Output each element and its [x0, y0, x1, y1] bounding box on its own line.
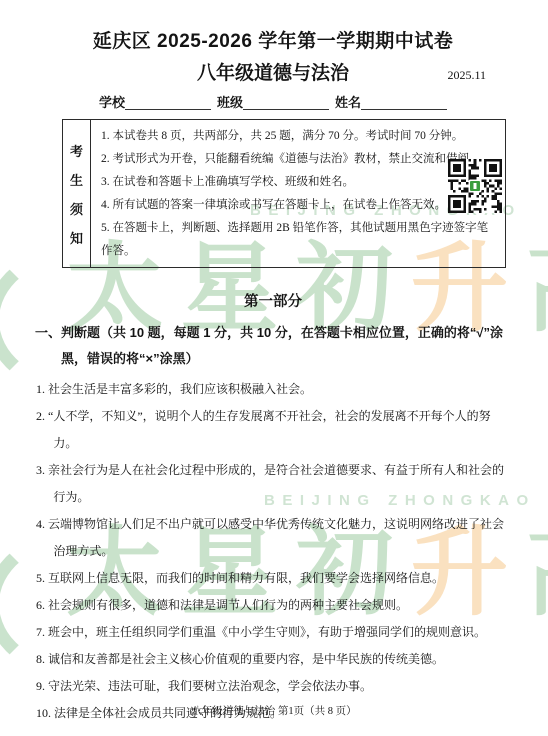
field-name: 姓名: [335, 95, 447, 110]
paper-content: 延庆区 2025-2026 学年第一学期期中试卷 八年级道德与法治 2025.1…: [0, 0, 548, 727]
question-number: 7.: [36, 625, 45, 639]
notice-side-char: 知: [70, 228, 83, 247]
question-item-5: 5.互联网上信息无限，而我们的时间和精力有限，我们要学会选择网络信息。: [36, 565, 508, 592]
question-text: 云端博物馆让人们足不出户就可以感受中华优秀传统文化魅力，这说明网络改进了社会治理…: [48, 517, 504, 558]
subtitle-row: 八年级道德与法治 2025.11: [38, 58, 508, 84]
question-number: 9.: [36, 679, 45, 693]
question-item-4: 4.云端博物馆让人们足不出户就可以感受中华优秀传统文化魅力，这说明网络改进了社会…: [36, 511, 508, 565]
field-blank-line: [361, 95, 447, 110]
candidate-notice-box: 考生须知 1. 本试卷共 8 页，共两部分，共 25 题，满分 70 分。考试时…: [62, 119, 506, 268]
header-fields-row: 学校班级姓名: [38, 95, 508, 110]
question-item-9: 9.守法光荣、违法可耻，我们要树立法治观念，学会依法办事。: [36, 673, 508, 700]
field-label: 班级: [217, 95, 243, 110]
question-number: 6.: [36, 598, 45, 612]
field-label: 姓名: [335, 95, 361, 110]
question-text: 诚信和友善都是社会主义核心价值观的重要内容，是中华民族的传统美德。: [48, 652, 444, 666]
question-item-8: 8.诚信和友善都是社会主义核心价值观的重要内容，是中华民族的传统美德。: [36, 646, 508, 673]
question-text: 社会生活是丰富多彩的，我们应该积极融入社会。: [48, 382, 312, 396]
question-item-3: 3.亲社会行为是人在社会化过程中形成的，是符合社会道德要求、有益于所有人和社会的…: [36, 457, 508, 511]
field-blank-line: [243, 95, 329, 110]
notice-item-1: 1. 本试卷共 8 页，共两部分，共 25 题，满分 70 分。考试时间 70 …: [101, 125, 497, 148]
notice-side-char: 考: [70, 141, 83, 160]
question-text: 守法光荣、违法可耻，我们要树立法治观念，学会依法办事。: [48, 679, 372, 693]
question-number: 5.: [36, 571, 45, 585]
question-item-2: 2.“人不学，不知义”，说明个人的生存发展离不开社会，社会的发展离不开每个人的努…: [36, 403, 508, 457]
question-text: 亲社会行为是人在社会化过程中形成的，是符合社会道德要求、有益于所有人和社会的行为…: [48, 463, 504, 504]
notice-side-char: 生: [70, 170, 83, 189]
page-footer: 八年级道德与法治 第1页（共 8 页）: [0, 703, 548, 718]
question-number: 3.: [36, 463, 45, 477]
paper-title: 延庆区 2025-2026 学年第一学期期中试卷: [38, 26, 508, 53]
question-item-1: 1.社会生活是丰富多彩的，我们应该积极融入社会。: [36, 376, 508, 403]
notice-item-3: 3. 在试卷和答题卡上准确填写学校、班级和姓名。: [101, 171, 497, 194]
question-text: 互联网上信息无限，而我们的时间和精力有限，我们要学会选择网络信息。: [48, 571, 444, 585]
field-label: 学校: [99, 95, 125, 110]
question-number: 1.: [36, 382, 45, 396]
question-number: 4.: [36, 517, 45, 531]
field-blank-line: [125, 95, 211, 110]
qr-code-icon: [448, 159, 502, 213]
part1-heading: 第一部分: [38, 290, 508, 311]
question-text: 社会规则有很多，道德和法律是调节人们行为的两种主要社会规则。: [48, 598, 408, 612]
question-item-6: 6.社会规则有很多，道德和法律是调节人们行为的两种主要社会规则。: [36, 592, 508, 619]
notice-side-char: 须: [70, 199, 83, 218]
question-list: 1.社会生活是丰富多彩的，我们应该积极融入社会。2.“人不学，不知义”，说明个人…: [38, 376, 508, 727]
notice-item-5: 5. 在答题卡上，判断题、选择题用 2B 铅笔作答，其他试题用黑色字迹签字笔作答…: [101, 217, 497, 263]
question-item-7: 7.班会中，班主任组织同学们重温《中小学生守则》，有助于增强同学们的规则意识。: [36, 619, 508, 646]
notice-main: 1. 本试卷共 8 页，共两部分，共 25 题，满分 70 分。考试时间 70 …: [91, 120, 505, 267]
paper-date: 2025.11: [447, 68, 486, 83]
section1-title: 一、判断题（共 10 题，每题 1 分，共 10 分，在答题卡相应位置，正确的将…: [35, 320, 508, 372]
notice-item-4: 4. 所有试题的答案一律填涂或书写在答题卡上，在试卷上作答无效。: [101, 194, 497, 217]
question-number: 8.: [36, 652, 45, 666]
question-text: “人不学，不知义”，说明个人的生存发展离不开社会，社会的发展离不开每个人的努力。: [48, 409, 491, 450]
question-number: 2.: [36, 409, 45, 423]
field-class: 班级: [217, 95, 329, 110]
notice-item-list: 1. 本试卷共 8 页，共两部分，共 25 题，满分 70 分。考试时间 70 …: [101, 125, 497, 263]
notice-item-2: 2. 考试形式为开卷，只能翻看统编《道德与法治》教材，禁止交流和借阅。: [101, 148, 497, 171]
exam-paper-page: 太星初升高 BEIJING ZHONGKAO 太星初升高 BEIJING ZHO…: [0, 0, 548, 736]
question-text: 班会中，班主任组织同学们重温《中小学生守则》，有助于增强同学们的规则意识。: [48, 625, 486, 639]
field-school: 学校: [99, 95, 211, 110]
paper-subtitle: 八年级道德与法治: [38, 58, 508, 85]
notice-side-label: 考生须知: [63, 120, 91, 267]
